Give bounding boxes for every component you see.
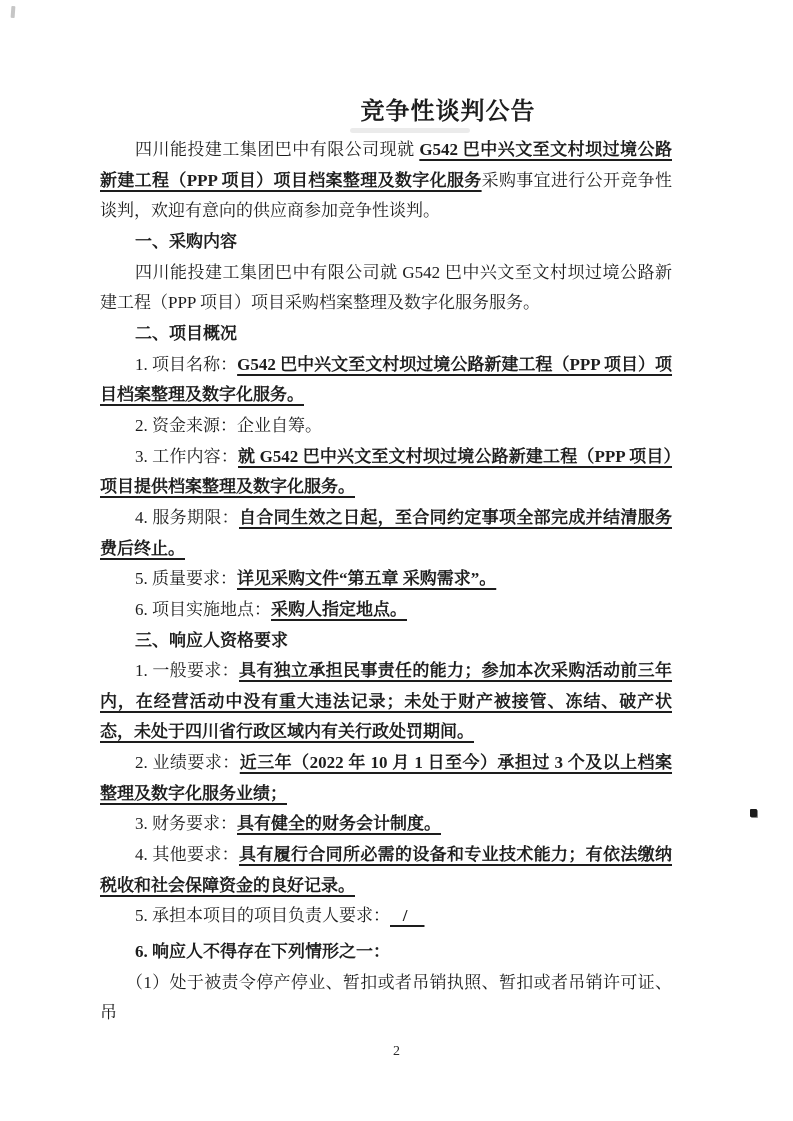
document-body: 竞争性谈判公告四川能投建工集团巴中有限公司现就 G542 巴中兴文至文村坝过境公… bbox=[100, 97, 672, 1029]
paragraph: 3. 工作内容：就 G542 巴中兴文至文村坝过境公路新建工程（PPP 项目）项… bbox=[100, 442, 672, 503]
text-segment: （1）处于被责令停产停业、暂扣或者吊销执照、暂扣或者吊销许可证、吊 bbox=[100, 973, 672, 1023]
paragraph: 1. 项目名称：G542 巴中兴文至文村坝过境公路新建工程（PPP 项目）项目档… bbox=[100, 350, 672, 411]
text-segment: 具有健全的财务会计制度。 bbox=[237, 814, 441, 833]
text-segment: 四川能投建工集团巴中有限公司就 G542 巴中兴文至文村坝过境公路新建工程（PP… bbox=[100, 263, 672, 313]
text-segment: 一、采购内容 bbox=[135, 232, 237, 251]
paragraph: 3. 财务要求：具有健全的财务会计制度。 bbox=[100, 809, 672, 840]
scanned-document-page: 竞争性谈判公告四川能投建工集团巴中有限公司现就 G542 巴中兴文至文村坝过境公… bbox=[0, 0, 793, 1121]
text-segment: 2. 资金来源：企业自筹。 bbox=[135, 416, 322, 435]
text-segment: 三、响应人资格要求 bbox=[135, 631, 288, 650]
text-segment: 竞争性谈判公告 bbox=[361, 99, 536, 125]
text-segment: 4. 其他要求： bbox=[135, 845, 239, 864]
paragraph: （1）处于被责令停产停业、暂扣或者吊销执照、暂扣或者吊销许可证、吊 bbox=[100, 968, 672, 1029]
text-segment: 6. 响应人不得存在下列情形之一： bbox=[135, 942, 390, 961]
text-segment: 3. 工作内容： bbox=[135, 447, 238, 466]
paragraph: 6. 响应人不得存在下列情形之一： bbox=[100, 937, 672, 968]
text-segment: 6. 项目实施地点： bbox=[135, 600, 271, 619]
text-segment: 采购人指定地点。 bbox=[271, 600, 407, 619]
text-segment: / bbox=[390, 906, 424, 925]
paragraph: 5. 质量要求：详见采购文件“第五章 采购需求”。 bbox=[100, 564, 672, 595]
text-segment: 二、项目概况 bbox=[135, 324, 237, 343]
paragraph: 4. 服务期限：自合同生效之日起，至合同约定事项全部完成并结清服务费后终止。 bbox=[100, 503, 672, 564]
text-segment: 四川能投建工集团巴中有限公司现就 bbox=[135, 140, 419, 159]
text-segment: 5. 质量要求： bbox=[135, 569, 237, 588]
text-segment: 详见采购文件“第五章 采购需求”。 bbox=[237, 569, 496, 588]
paragraph: 2. 业绩要求：近三年（2022 年 10 月 1 日至今）承担过 3 个及以上… bbox=[100, 748, 672, 809]
document-title: 竞争性谈判公告 bbox=[162, 97, 734, 127]
section-heading: 三、响应人资格要求 bbox=[100, 626, 672, 657]
scan-speck-right-margin bbox=[750, 809, 757, 817]
text-segment: 1. 项目名称： bbox=[135, 355, 237, 374]
section-heading: 一、采购内容 bbox=[100, 227, 672, 258]
text-segment: 1. 一般要求： bbox=[135, 661, 239, 680]
paragraph: 四川能投建工集团巴中有限公司就 G542 巴中兴文至文村坝过境公路新建工程（PP… bbox=[100, 258, 672, 319]
paragraph: 5. 承担本项目的项目负责人要求： / bbox=[100, 901, 672, 932]
scan-artifact-top-left bbox=[11, 6, 16, 18]
text-segment: 2. 业绩要求： bbox=[135, 753, 240, 772]
text-segment: 5. 承担本项目的项目负责人要求： bbox=[135, 906, 390, 925]
text-segment: 4. 服务期限： bbox=[135, 508, 239, 527]
paragraph: 6. 项目实施地点：采购人指定地点。 bbox=[100, 595, 672, 626]
page-number: 2 bbox=[0, 1044, 793, 1060]
text-segment: 3. 财务要求： bbox=[135, 814, 237, 833]
paragraph: 四川能投建工集团巴中有限公司现就 G542 巴中兴文至文村坝过境公路新建工程（P… bbox=[100, 135, 672, 227]
paragraph: 4. 其他要求：具有履行合同所必需的设备和专业技术能力；有依法缴纳税收和社会保障… bbox=[100, 840, 672, 901]
section-heading: 二、项目概况 bbox=[100, 319, 672, 350]
paragraph: 2. 资金来源：企业自筹。 bbox=[100, 411, 672, 442]
paragraph: 1. 一般要求：具有独立承担民事责任的能力；参加本次采购活动前三年内，在经营活动… bbox=[100, 656, 672, 748]
